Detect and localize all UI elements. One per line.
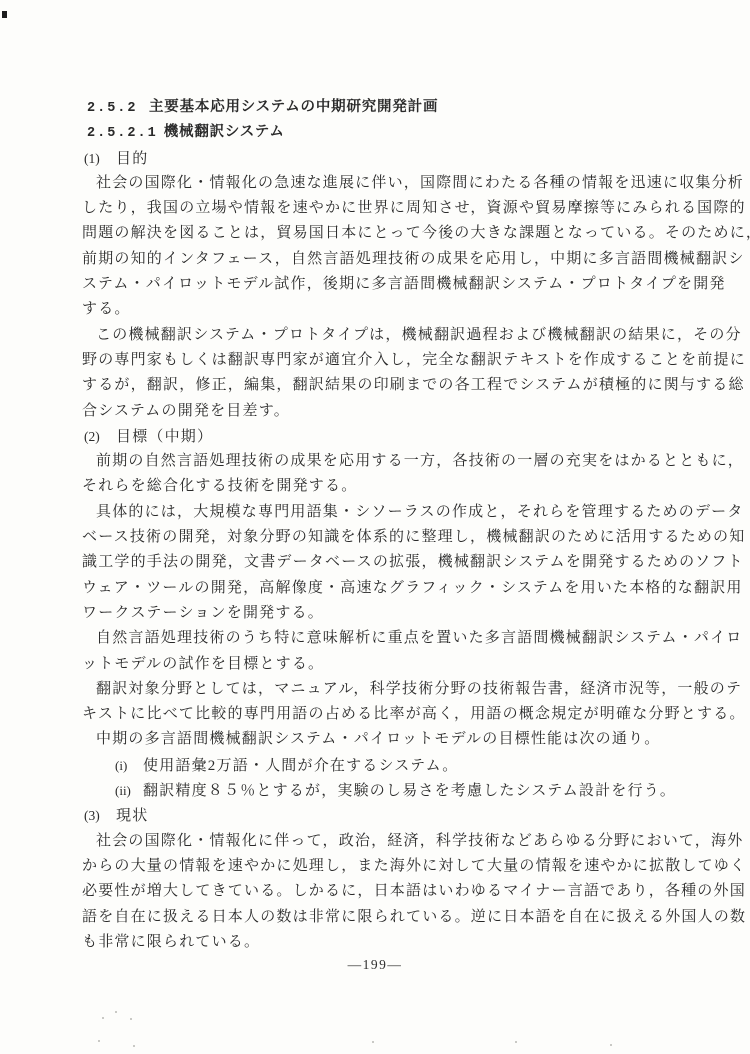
list-marker: (i) [115,753,141,778]
body-line: ベース技術の開発，対象分野の知識を体系的に整理し，機械翻訳のために活用するための… [82,525,744,550]
body-line: 自然言語処理技術のうち特に意味解析に重点を置いた多言語間機械翻訳システム・パイロ [82,626,744,651]
clause-title: 現状 [116,808,148,824]
body-line-text: 必要性が増大してきている。しかるに，日本語はいわゆるマイナー言語であり，各種の外… [82,883,746,899]
body-line: するが，翻訳，修正，編集，翻訳結果の印刷までの各工程でシステムが積極的に関与する… [82,373,744,398]
body-line: キストに比べて比較的専門用語の占める比率が高く，用語の概念規定が明確な分野とする… [82,702,744,727]
body-line-text: 合システムの開発を目差す。 [82,403,290,419]
clause-marker: (1) [84,146,114,171]
section-heading: 2.5.2主要基本応用システムの中期研究開発計画 [87,95,744,120]
body-line: したり，我国の立場や情報を速やかに世界に周知させ，資源や貿易摩擦等にみられる国際… [82,196,744,221]
list-item-text: 翻訳精度８５％とするが，実験のし易さを考慮したシステム設計を行う。 [143,783,676,799]
clause-heading: (3)現状 [84,803,744,828]
scan-artifact [610,1044,612,1046]
body-line: も非常に限られている。 [82,930,744,955]
body-line-text: ステム・パイロットモデル試作，後期に多言語間機械翻訳システム・プロトタイプを開発 [82,276,726,292]
body-line-text: する。 [82,301,131,317]
list-item: (i)使用語彙2万語・人間が介在するシステム。 [82,753,744,778]
section-heading: 2.5.2.1機械翻訳システム [87,120,744,145]
body-line: 問題の解決を図ることは，貿易国日本にとって今後の大きな課題となっている。そのため… [82,221,744,246]
page-number: —199— [0,957,750,973]
body-line: 前期の自然言語処理技術の成果を応用する一方，各技術の一層の充実をはかるとともに， [82,449,744,474]
section-title: 主要基本応用システムの中期研究開発計画 [149,99,438,115]
body-line: ワークステーションを開発する。 [82,601,744,626]
body-line-text: したり，我国の立場や情報を速やかに世界に周知させ，資源や貿易摩擦等にみられる国際… [82,200,746,216]
scan-artifact [102,1017,104,1019]
body-line: 識工学的手法の開発，文書データベースの拡張，機械翻訳システムを開発するためのソフ… [82,550,744,575]
body-line-text: も非常に限られている。 [82,934,260,950]
body-line: 翻訳対象分野としては，マニュアル，科学技術分野の技術報告書，経済市況等，一般のテ [82,677,744,702]
body-line: からの大量の情報を速やかに処理し，また海外に対して大量の情報を速やかに拡散してゆ… [82,854,744,879]
document-page: 2.5.2主要基本応用システムの中期研究開発計画 2.5.2.1機械翻訳システム… [0,0,750,1054]
body-line: 社会の国際化・情報化の急速な進展に伴い，国際間にわたる各種の情報を迅速に収集分析 [82,171,744,196]
body-line-text: するが，翻訳，修正，編集，翻訳結果の印刷までの各工程でシステムが積極的に関与する… [82,377,745,393]
body-line: 語を自在に扱える日本人の数は非常に限られている。逆に日本語を自在に扱える外国人の… [82,905,744,930]
body-line-text: 識工学的手法の開発，文書データベースの拡張，機械翻訳システムを開発するためのソフ… [82,554,744,570]
scan-artifact [130,1018,132,1020]
body-line-text: ウェア・ツールの開発，高解像度・高速なグラフィック・システムを用いた本格的な翻訳… [82,580,743,596]
body-line: ステム・パイロットモデル試作，後期に多言語間機械翻訳システム・プロトタイプを開発 [82,272,744,297]
body-line: 中期の多言語間機械翻訳システム・パイロットモデルの目標性能は次の通り。 [82,727,744,752]
body-line-text: それらを総合化する技術を開発する。 [82,478,357,494]
body-line-text: 語を自在に扱える日本人の数は非常に限られている。逆に日本語を自在に扱える外国人の… [82,909,746,925]
scan-artifact [133,1045,135,1047]
body-line: 具体的には，大規模な専門用語集・シソーラスの作成と，それらを管理するためのデータ [82,500,744,525]
body-line: 前期の知的インタフェース，自然言語処理技術の成果を応用し，中期に多言語間機械翻訳… [82,247,744,272]
body-line: ウェア・ツールの開発，高解像度・高速なグラフィック・システムを用いた本格的な翻訳… [82,576,744,601]
scan-artifact [115,1011,117,1013]
body-line-text: 前期の自然言語処理技術の成果を応用する一方，各技術の一層の充実をはかるとともに， [96,453,744,469]
section-number: 2.5.2 [87,96,143,121]
body-line: この機械翻訳システム・プロトタイプは，機械翻訳過程および機械翻訳の結果に，その分 [82,323,744,348]
list-marker: (ii) [115,778,141,803]
body-line-text: 社会の国際化・情報化に伴って，政治，経済，科学技術などあらゆる分野において，海外 [96,833,743,849]
body-line-text: からの大量の情報を速やかに処理し，また海外に対して大量の情報を速やかに拡散してゆ… [82,858,746,874]
scan-artifact [98,1040,100,1042]
body-line-text: ベース技術の開発，対象分野の知識を体系的に整理し，機械翻訳のために活用するための… [82,529,745,545]
list-item: (ii)翻訳精度８５％とするが，実験のし易さを考慮したシステム設計を行う。 [82,778,744,803]
body-line: 野の専門家もしくは翻訳専門家が適宜介入し，完全な翻訳テキストを作成することを前提… [82,348,744,373]
body-line-text: 翻訳対象分野としては，マニュアル，科学技術分野の技術報告書，経済市況等，一般のテ [96,681,742,697]
scan-artifact [515,1041,517,1043]
clause-title: 目標（中期） [116,429,213,445]
clause-marker: (3) [84,803,114,828]
body-line-text: ットモデルの試作を目標とする。 [82,656,324,672]
document-body: 2.5.2主要基本応用システムの中期研究開発計画 2.5.2.1機械翻訳システム… [82,95,744,955]
body-line-text: 前期の知的インタフェース，自然言語処理技術の成果を応用し，中期に多言語間機械翻訳… [82,251,745,267]
section-title: 機械翻訳システム [164,124,285,140]
body-line-text: 社会の国際化・情報化の急速な進展に伴い，国際間にわたる各種の情報を迅速に収集分析 [96,175,744,191]
body-line-text: この機械翻訳システム・プロトタイプは，機械翻訳過程および機械翻訳の結果に，その分 [96,327,742,343]
list-item-text: 使用語彙2万語・人間が介在するシステム。 [143,758,458,774]
body-line-text: ワークステーションを開発する。 [82,605,324,621]
body-line-text: 問題の解決を図ることは，貿易国日本にとって今後の大きな課題となっている。そのため… [82,225,750,241]
body-line-text: キストに比べて比較的専門用語の占める比率が高く，用語の概念規定が明確な分野とする… [82,706,746,722]
body-line-text: 野の専門家もしくは翻訳専門家が適宜介入し，完全な翻訳テキストを作成することを前提… [82,352,746,368]
body-line: 必要性が増大してきている。しかるに，日本語はいわゆるマイナー言語であり，各種の外… [82,879,744,904]
body-line: ットモデルの試作を目標とする。 [82,652,744,677]
body-line-text: 具体的には，大規模な専門用語集・シソーラスの作成と，それらを管理するためのデータ [96,504,744,520]
scan-artifact [2,11,7,18]
body-line: それらを総合化する技術を開発する。 [82,474,744,499]
body-line: 合システムの開発を目差す。 [82,399,744,424]
body-line-text: 自然言語処理技術のうち特に意味解析に重点を置いた多言語間機械翻訳システム・パイロ [96,630,743,646]
body-line-text: 中期の多言語間機械翻訳システム・パイロットモデルの目標性能は次の通り。 [96,731,660,747]
clause-heading: (2)目標（中期） [84,424,744,449]
scan-artifact [372,1041,374,1043]
clause-marker: (2) [84,424,114,449]
clause-title: 目的 [116,151,148,167]
body-line: 社会の国際化・情報化に伴って，政治，経済，科学技術などあらゆる分野において，海外 [82,829,744,854]
body-line: する。 [82,297,744,322]
clause-heading: (1)目的 [84,146,744,171]
section-number: 2.5.2.1 [87,121,158,146]
